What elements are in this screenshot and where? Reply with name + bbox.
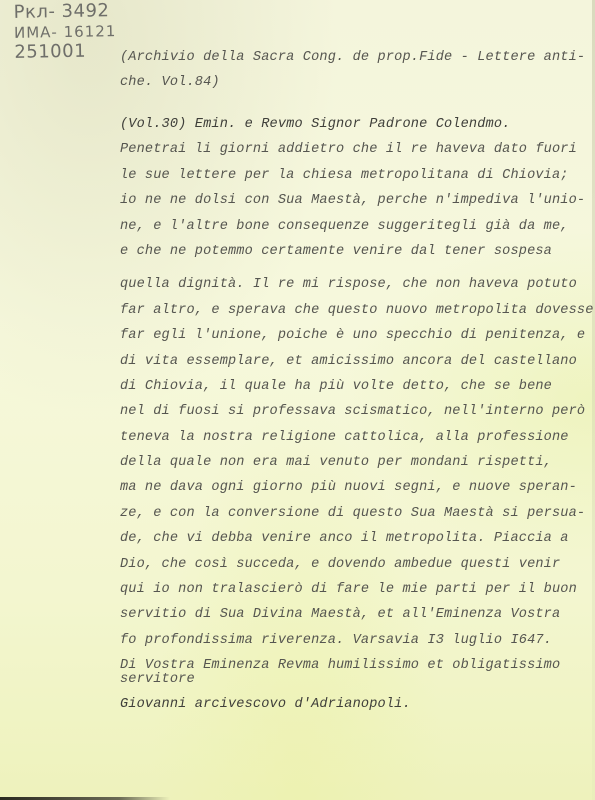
letter-line: ma ne dava ogni giorno più nuovi segni, … xyxy=(120,475,594,500)
archive-id-number: 251001 xyxy=(14,41,117,63)
letter-line: far egli l'unione, poiche è uno specchio… xyxy=(120,323,594,348)
signature-title: servitore xyxy=(120,667,411,692)
source-citation: (Archivio della Sacra Cong. de prop.Fide… xyxy=(120,45,585,96)
citation-line: (Archivio della Sacra Cong. de prop.Fide… xyxy=(120,45,585,70)
letter-line: nel di fuosi si professava scismatico, n… xyxy=(120,399,594,424)
letter-line: quella dignità. Il re mi rispose, che no… xyxy=(120,272,594,297)
page-break-gap xyxy=(120,264,594,272)
signature-name: Giovanni arcivescovo d'Adrianopoli. xyxy=(120,692,411,717)
letter-line: le sue lettere per la chiesa metropolita… xyxy=(120,163,594,188)
letter-line: della quale non era mai venuto per monda… xyxy=(120,450,594,475)
letter-line: teneva la nostra religione cattolica, al… xyxy=(120,425,594,450)
letter-line: io ne ne dolsi con Sua Maestà, perche n'… xyxy=(120,188,594,213)
letter-line: di vita essemplare, et amicissimo ancora… xyxy=(120,349,594,374)
citation-line: che. Vol.84) xyxy=(120,70,585,95)
letter-line: far altro, e sperava che questo nuovo me… xyxy=(120,298,594,323)
letter-dateline: fo profondissima riverenza. Varsavia I3 … xyxy=(120,628,594,653)
letter-line: Dio, che così succeda, e dovendo ambedue… xyxy=(120,552,594,577)
archive-id-fond: Pкл- 3492 xyxy=(13,1,116,23)
letter-line: ne, e l'altre bone consequenze suggerite… xyxy=(120,214,594,239)
letter-line: qui io non tralascierò di fare le mie pa… xyxy=(120,577,594,602)
letter-line: di Chiovia, il quale ha più volte detto,… xyxy=(120,374,594,399)
letter-body: (Vol.30) Emin. e Revmo Signor Padrone Co… xyxy=(120,112,594,679)
archive-id-inventory: ИМА- 16121 xyxy=(14,21,117,43)
archive-reference-numbers: Pкл- 3492 ИМА- 16121 251001 xyxy=(13,1,116,63)
signature-block: servitore Giovanni arcivescovo d'Adriano… xyxy=(120,667,411,718)
letter-line: de, che vi debba venire anco il metropol… xyxy=(120,526,594,551)
letter-line: ze, e con la conversione di questo Sua M… xyxy=(120,501,594,526)
letter-line: servitio di Sua Divina Maestà, et all'Em… xyxy=(120,602,594,627)
letter-salutation: (Vol.30) Emin. e Revmo Signor Padrone Co… xyxy=(120,112,594,137)
letter-line: e che ne potemmo certamente venire dal t… xyxy=(120,239,594,264)
letter-line: Penetrai li giorni addietro che il re ha… xyxy=(120,137,594,162)
